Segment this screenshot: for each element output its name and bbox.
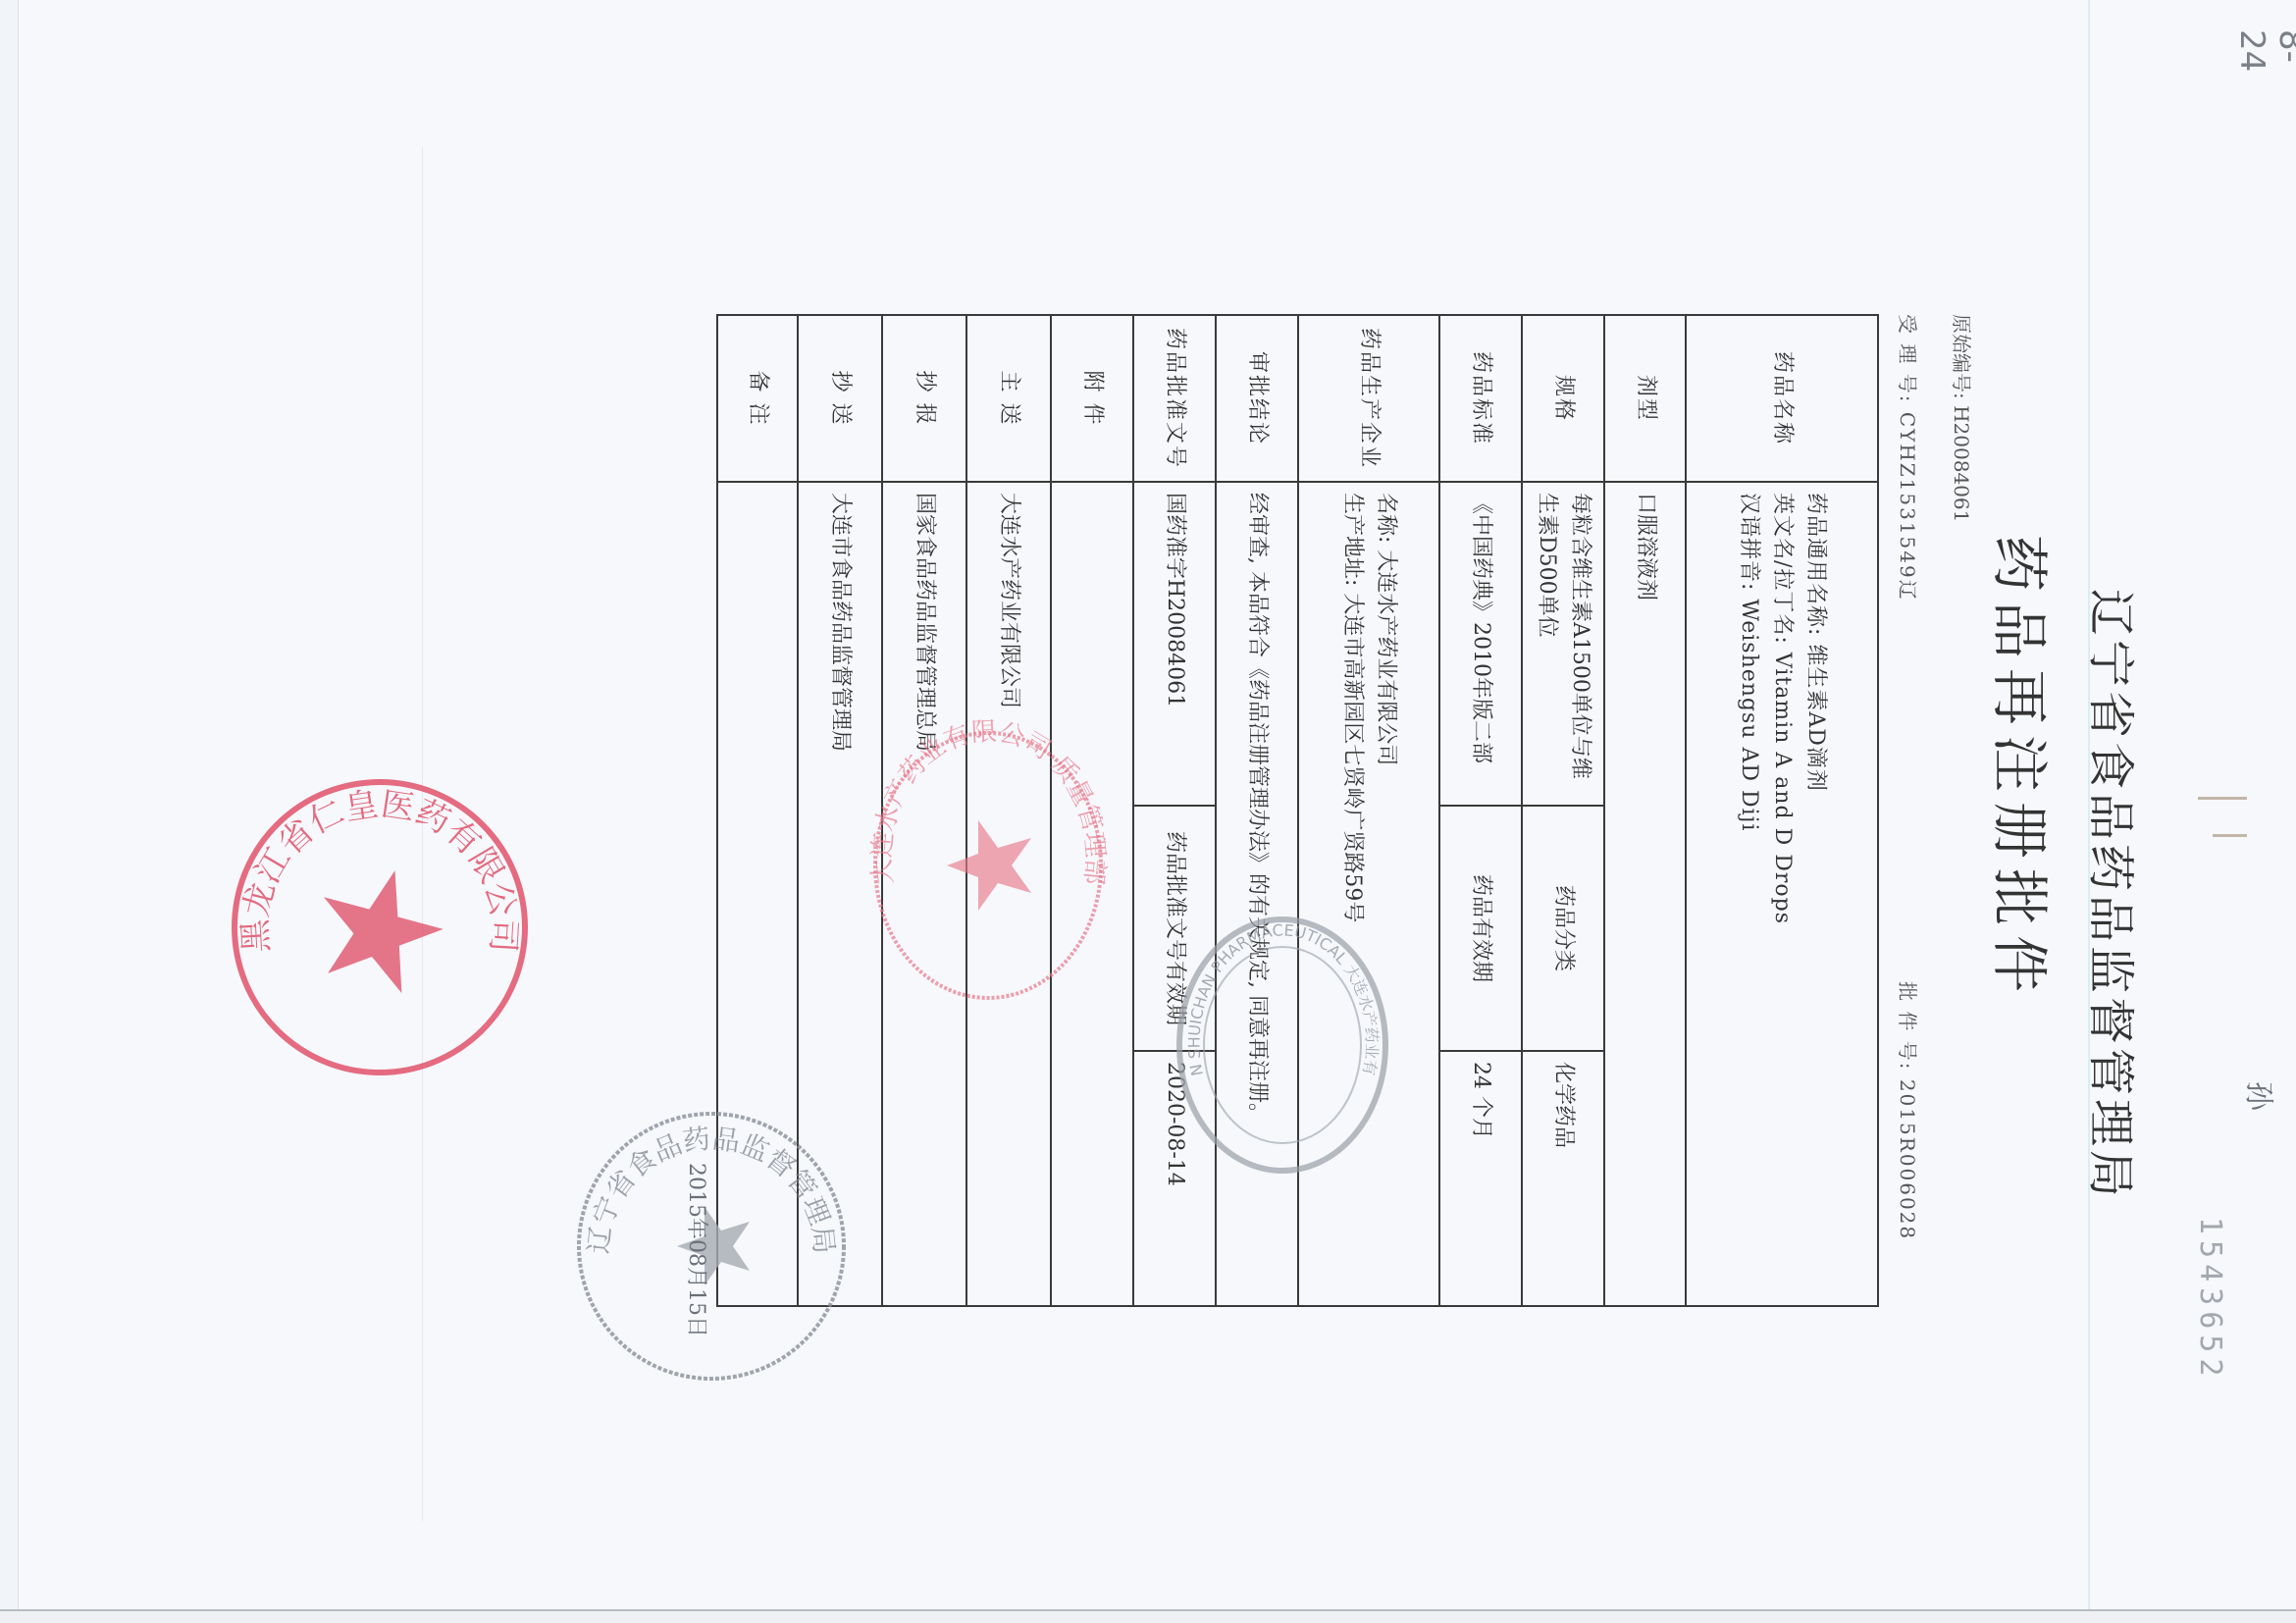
row-drug-name: 药品名称 药品通用名称: 维生素AD滴剂 英文名/拉丁名: Vitamin A … [1686,315,1878,1306]
label-standard: 药品标准 [1439,315,1522,482]
acceptance-number-label: 受 理 号: [1896,314,1919,403]
label-dosage-form: 剂型 [1604,315,1686,482]
original-number-label: 原始编号: [1950,314,1973,399]
scan-edge-bottom [0,1609,2296,1623]
star-icon [305,855,455,1000]
gray-date-seal: 辽宁省食品药品监督管理局 2015年08月15日 [574,1104,849,1388]
value-approval-doc: 国药准字H20084061 [1133,482,1216,806]
value-drug-category: 化学药品 [1522,1051,1604,1306]
approval-number: 批 件 号: 2015R006028 [1895,981,1923,1240]
label-remarks: 备 注 [717,315,798,482]
value-shelf-life: 24 个月 [1439,1051,1522,1306]
approval-number-value: 2015R006028 [1896,1079,1919,1240]
value-standard: 《中国药典》2010年版二部 [1439,482,1522,806]
value-drug-name: 药品通用名称: 维生素AD滴剂 英文名/拉丁名: Vitamin A and D… [1686,482,1878,1306]
label-copy-to: 抄 送 [798,315,882,482]
approval-number-label: 批 件 号: [1896,981,1919,1071]
red-company-seal-left: 黑龙江省仁皇医药有限公司 [228,775,532,1079]
gray-oval-company-seal: DALIAN SHUICHAN PHARMACEUTICAL 大连水产药业有限公… [1173,913,1393,1178]
label-drug-name: 药品名称 [1686,315,1878,482]
red-company-seal-center: 大连水产药业有限公司 质量管理部 [868,726,1109,1006]
row-dosage-form: 剂型 口服溶液剂 [1604,315,1686,1306]
row-specification: 规格 每粒含维生素A1500单位与维生素D500单位 药品分类 化学药品 [1522,315,1604,1306]
label-approval-doc: 药品批准文号 [1133,315,1216,482]
acceptance-number: 受 理 号: CYHZ1531549辽 [1895,314,1923,602]
label-drug-category: 药品分类 [1522,806,1604,1051]
serial-number: 1543652 [2193,1217,2227,1382]
row-standard: 药品标准 《中国药典》2010年版二部 药品有效期 24 个月 [1439,315,1522,1306]
label-conclusion: 审批结论 [1216,315,1298,482]
value-dosage-form: 口服溶液剂 [1604,482,1686,1306]
generic-name: 药品通用名称: 维生素AD滴剂 [1799,493,1832,1295]
value-manufacturer: 名称: 大连水产药业有限公司 生产地址: 大连市高新园区七贤岭广贤路59号 [1298,482,1439,1306]
document-title: 药品再注册批件 [1983,535,2065,1222]
label-report-to: 抄 报 [882,315,966,482]
label-main-recipient: 主 送 [966,315,1051,482]
gray-oval-seal-text: DALIAN SHUICHAN PHARMACEUTICAL 大连水产药业有限公… [1165,898,1382,1077]
ink-mark [2213,834,2247,837]
acceptance-number-value: CYHZ1531549辽 [1896,412,1919,602]
english-name: 英文名/拉丁名: Vitamin A and D Drops [1765,493,1799,1295]
label-specification: 规格 [1522,315,1604,482]
label-manufacturer: 药品生产企业 [1298,315,1439,482]
gray-seal-date: 2015年08月15日 [684,1163,708,1337]
value-conclusion: 经审查, 本品符合《药品注册管理办法》的有关规定, 同意再注册。 [1216,482,1298,1306]
ink-mark [2198,797,2247,800]
svg-text:DALIAN SHUICHAN PHARMACEUTICAL: DALIAN SHUICHAN PHARMACEUTICAL 大连水产药业有限公… [1165,898,1382,1077]
issuing-agency: 辽宁省食品药品监督管理局 [2081,589,2149,1079]
handwritten-note: 8-24 [2232,29,2296,88]
pinyin-name: 汉语拼音: Weishengsu AD Diji [1732,493,1765,1295]
handwritten-initial: 孙 [2240,1081,2283,1111]
label-attachment: 附 件 [1051,315,1133,482]
label-shelf-life: 药品有效期 [1439,806,1522,1051]
star-icon [947,820,1031,911]
original-number-value: H20084061 [1950,405,1973,522]
original-number: 原始编号: H20084061 [1949,314,1977,522]
value-specification: 每粒含维生素A1500单位与维生素D500单位 [1522,482,1604,806]
